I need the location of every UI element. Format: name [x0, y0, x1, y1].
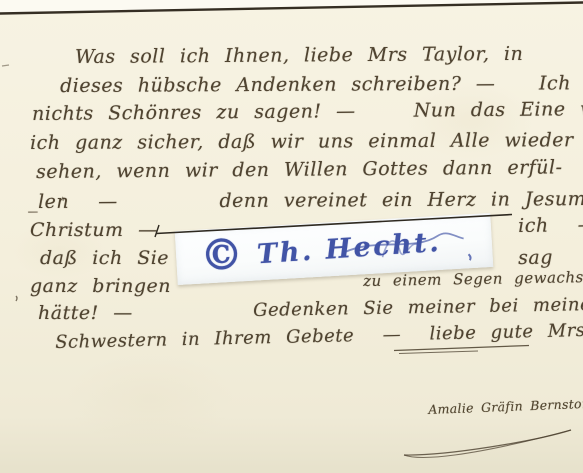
signature-flourish-lower — [404, 430, 571, 457]
ink-speck-1 — [16, 296, 17, 301]
farewell-underline-1 — [394, 346, 529, 351]
copyright-icon: © — [199, 233, 244, 278]
letter-line-9-left: ganz bringen — [30, 276, 171, 297]
letter-line-4: ich ganz sicher, daß wir uns einmal Alle… — [30, 130, 574, 154]
letter-line-7-right: ich — — [518, 215, 583, 237]
letter-line-1: Was soll ich Ihnen, liebe Mrs Taylor, in — [75, 44, 523, 68]
letter-line-7-left: Christum — — [30, 220, 158, 241]
letter-line-5: sehen, wenn wir den Willen Gottes dann e… — [36, 157, 563, 182]
stamp-signature-text: Th. Hecht. — [256, 226, 442, 269]
author-signature: Amalie Gräfin Bernstorff — [428, 395, 583, 417]
letter-line-6: _len — denn vereinet ein Herz in Jesum — [28, 189, 583, 213]
letter-line-3: nichts Schönres zu sagen! — Nun das Eine… — [32, 99, 583, 125]
letter-line-2: dieses hübsche Andenken schreiben? — Ich… — [60, 73, 583, 97]
page-top-edge-line — [0, 3, 583, 14]
farewell-underline-2 — [399, 351, 478, 354]
letter-line-8-right: sag — [518, 247, 553, 268]
signature-flourish-upper — [404, 430, 571, 455]
letter-line-10-right: Gedenken Sie meiner bei meinen — [253, 295, 583, 321]
ink-speck-3 — [2, 65, 9, 66]
backing-sheet-edge — [0, 0, 583, 14]
letter-line-8-left: daß ich Sie — [40, 248, 169, 269]
letter-line-10-left: hätte! — — [38, 303, 133, 324]
letter-line-11: Schwestern in Ihrem Gebete — liebe gute … — [55, 319, 583, 353]
scanned-letter-page: Was soll ich Ihnen, liebe Mrs Taylor, in… — [0, 0, 583, 473]
